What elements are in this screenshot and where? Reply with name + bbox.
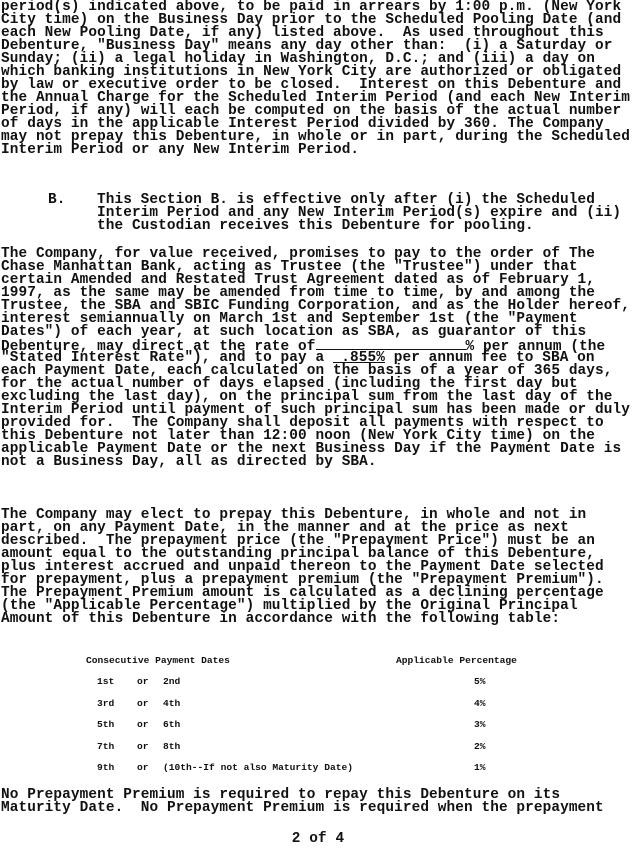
table-cell: 5% xyxy=(474,676,486,688)
table-cell: 4th xyxy=(163,698,180,710)
text-line: Amount of this Debenture in accordance w… xyxy=(1,612,560,626)
stated-interest-rate-blank xyxy=(316,338,466,350)
table-cell: or xyxy=(137,698,149,710)
table-cell: 1st xyxy=(97,676,114,688)
table-cell: 8th xyxy=(163,741,180,753)
text-line: Dates") of each year, at such location a… xyxy=(1,325,586,339)
section-text-line: the Custodian receives this Debenture fo… xyxy=(97,219,534,233)
table-header: Consecutive Payment Dates xyxy=(86,655,230,667)
table-cell: 9th xyxy=(97,762,114,774)
table-cell: 3% xyxy=(474,719,486,731)
table-cell: or xyxy=(137,762,149,774)
table-cell: or xyxy=(137,676,149,688)
text-line: Interim Period or any New Interim Period… xyxy=(1,143,359,157)
document-page: period(s) indicated above, to be paid in… xyxy=(0,0,636,855)
page-number: 2 of 4 xyxy=(0,832,636,846)
table-cell: 3rd xyxy=(97,698,114,710)
table-cell: 2nd xyxy=(163,676,180,688)
table-cell: 6th xyxy=(163,719,180,731)
text-line: Maturity Date. No Prepayment Premium is … xyxy=(1,801,604,815)
table-cell: 2% xyxy=(474,741,486,753)
annual-fee-value: .855% xyxy=(333,351,385,363)
table-cell: or xyxy=(137,719,149,731)
table-header: Applicable Percentage xyxy=(396,655,517,667)
text-line: not a Business Day, all as directed by S… xyxy=(1,455,377,469)
table-cell: 5th xyxy=(97,719,114,731)
table-cell: (10th--If not also Maturity Date) xyxy=(163,762,353,774)
table-cell: 7th xyxy=(97,741,114,753)
table-cell: 4% xyxy=(474,698,486,710)
table-cell: or xyxy=(137,741,149,753)
table-cell: 1% xyxy=(474,762,486,774)
section-label: B. xyxy=(48,193,65,207)
